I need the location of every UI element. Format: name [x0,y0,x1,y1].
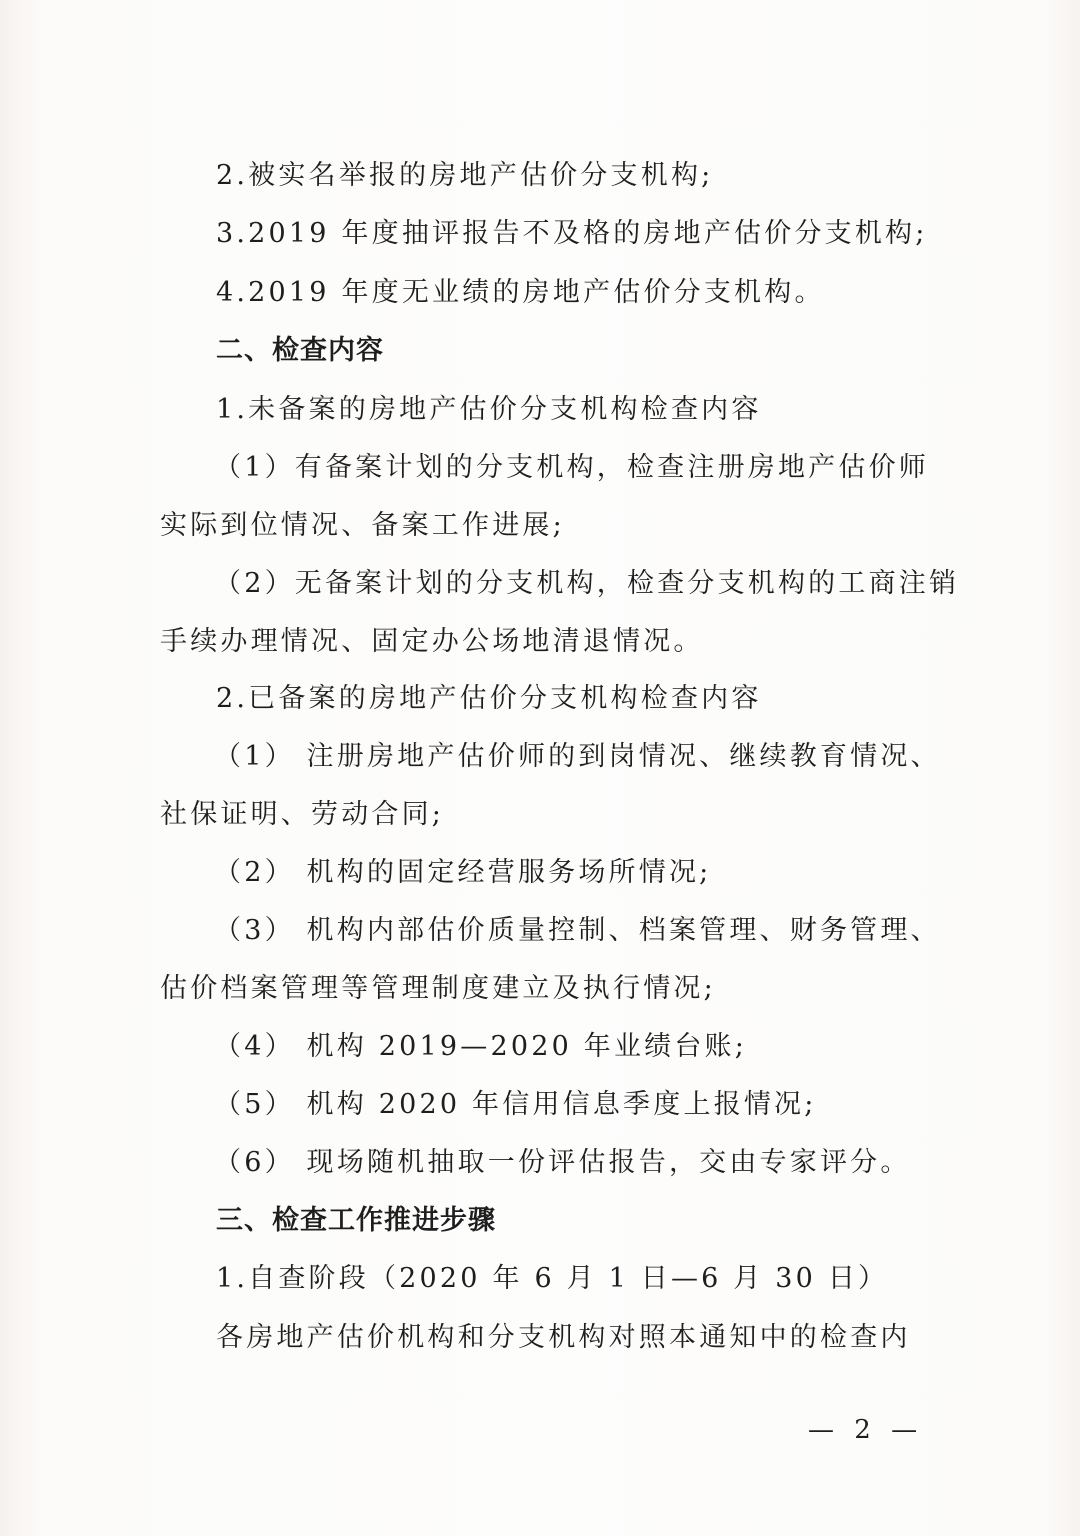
page-number: — 2 — [808,1415,923,1445]
paragraph-line: 估价档案管理等管理制度建立及执行情况; [160,971,716,1007]
paragraph-line: 2.已备案的房地产估价分支机构检查内容 [216,681,762,717]
paragraph-line: （2）无备案计划的分支机构，检查分支机构的工商注销 [214,566,959,602]
section-heading: 二、检查内容 [216,333,384,369]
paragraph-line: （1） 注册房地产估价师的到岗情况、继续教育情况、 [214,739,941,775]
paragraph-line: （4） 机构 2019—2020 年业绩台账; [214,1029,747,1065]
paragraph-line: （3） 机构内部估价质量控制、档案管理、财务管理、 [214,913,941,949]
document-page: 2.被实名举报的房地产估价分支机构;3.2019 年度抽评报告不及格的房地产估价… [0,0,1080,1536]
section-heading: 三、检查工作推进步骤 [216,1203,496,1239]
paragraph-line: 4.2019 年度无业绩的房地产估价分支机构。 [216,275,825,311]
paragraph-line: 1.未备案的房地产估价分支机构检查内容 [216,392,762,428]
paragraph-line: （5） 机构 2020 年信用信息季度上报情况; [214,1087,817,1123]
paragraph-line: （2） 机构的固定经营服务场所情况; [214,855,711,891]
paragraph-line: 2.被实名举报的房地产估价分支机构; [216,158,713,194]
paragraph-line: 1.自查阶段（2020 年 6 月 1 日—6 月 30 日） [216,1261,888,1297]
paragraph-line: 手续办理情况、固定办公场地清退情况。 [160,624,704,660]
paragraph-line: （1）有备案计划的分支机构，检查注册房地产估价师 [214,450,929,486]
paragraph-line: 社保证明、劳动合同; [160,797,444,833]
paragraph-line: 各房地产估价机构和分支机构对照本通知中的检查内 [216,1320,911,1356]
paragraph-line: （6） 现场随机抽取一份评估报告，交由专家评分。 [214,1145,911,1181]
paragraph-line: 实际到位情况、备案工作进展; [160,508,565,544]
paragraph-line: 3.2019 年度抽评报告不及格的房地产估价分支机构; [216,216,928,252]
